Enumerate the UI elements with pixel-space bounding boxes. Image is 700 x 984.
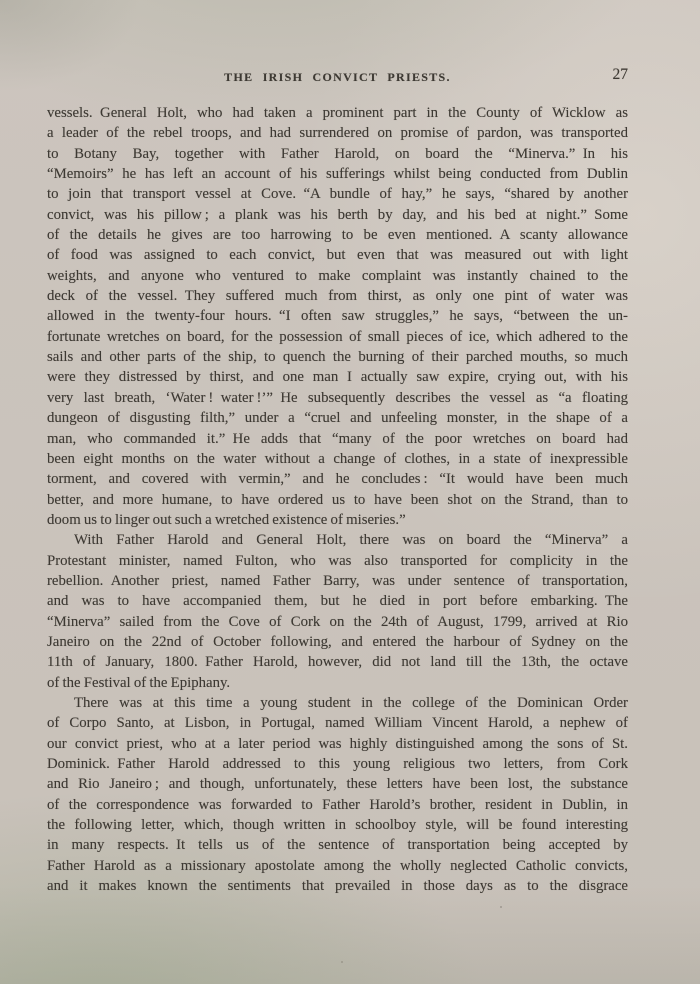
text-line: dungeon of disgusting filth,” under a “c… <box>47 408 628 428</box>
running-header: THE IRISH CONVICT PRIESTS. 27 <box>47 69 628 89</box>
text-line: rebellion. Another priest, named Father … <box>47 571 628 591</box>
text-line: and it makes known the sentiments that p… <box>47 876 628 896</box>
text-line: allowed in the twenty-four hours. “I oft… <box>47 306 628 326</box>
text-line: to join that transport vessel at Cove. “… <box>47 184 628 204</box>
text-line: of food was assigned to each convict, bu… <box>47 245 628 265</box>
running-header-title: THE IRISH CONVICT PRIESTS. <box>47 69 628 85</box>
text-line: and Rio Janeiro ; and though, unfortunat… <box>47 774 628 794</box>
text-line: our convict priest, who at a later perio… <box>47 734 628 754</box>
text-line: of Corpo Santo, at Lisbon, in Portugal, … <box>47 713 628 733</box>
text-line: doom us to linger out such a wretched ex… <box>47 510 628 530</box>
text-line: deck of the vessel. They suffered much f… <box>47 286 628 306</box>
text-line: were they distressed by thirst, and one … <box>47 367 628 387</box>
text-line: fortunate wretches on board, for the pos… <box>47 327 628 347</box>
text-line: “Minerva” sailed from the Cove of Cork o… <box>47 612 628 632</box>
text-line: Father Harold as a missionary apostolate… <box>47 856 628 876</box>
text-line: been eight months on the water without a… <box>47 449 628 469</box>
page-text: vessels. General Holt, who had taken a p… <box>47 103 628 896</box>
text-line: to Botany Bay, together with Father Haro… <box>47 144 628 164</box>
text-line: of the correspondence was forwarded to F… <box>47 795 628 815</box>
text-line: of the details he gives are too harrowin… <box>47 225 628 245</box>
text-line: Protestant minister, named Fulton, who w… <box>47 551 628 571</box>
text-line: man, who commanded it.” He adds that “ma… <box>47 429 628 449</box>
text-line: Janeiro on the 22nd of October following… <box>47 632 628 652</box>
text-line: With Father Harold and General Holt, the… <box>47 530 628 550</box>
text-line: 11th of January, 1800. Father Harold, ho… <box>47 652 628 672</box>
text-line: of the Festival of the Epiphany. <box>47 673 628 693</box>
book-page: THE IRISH CONVICT PRIESTS. 27 vessels. G… <box>0 0 700 984</box>
text-line: vessels. General Holt, who had taken a p… <box>47 103 628 123</box>
text-line: in many respects. It tells us of the sen… <box>47 835 628 855</box>
text-line: There was at this time a young student i… <box>47 693 628 713</box>
text-line: a leader of the rebel troops, and had su… <box>47 123 628 143</box>
text-line: better, and more humane, to have ordered… <box>47 490 628 510</box>
text-line: sails and other parts of the ship, to qu… <box>47 347 628 367</box>
page-number: 27 <box>613 66 629 84</box>
text-line: and was to have accompanied them, but he… <box>47 591 628 611</box>
paper-speck <box>500 906 502 908</box>
text-line: convict, was his pillow ; a plank was hi… <box>47 205 628 225</box>
paper-speck <box>88 257 90 260</box>
text-line: very last breath, ‘Water ! water !’” He … <box>47 388 628 408</box>
text-line: torment, and covered with vermin,” and h… <box>47 469 628 489</box>
paper-speck <box>341 961 343 963</box>
text-line: weights, and anyone who ventured to make… <box>47 266 628 286</box>
text-line: Dominick. Father Harold addressed to thi… <box>47 754 628 774</box>
text-line: the following letter, which, though writ… <box>47 815 628 835</box>
text-line: “Memoirs” he has left an account of his … <box>47 164 628 184</box>
